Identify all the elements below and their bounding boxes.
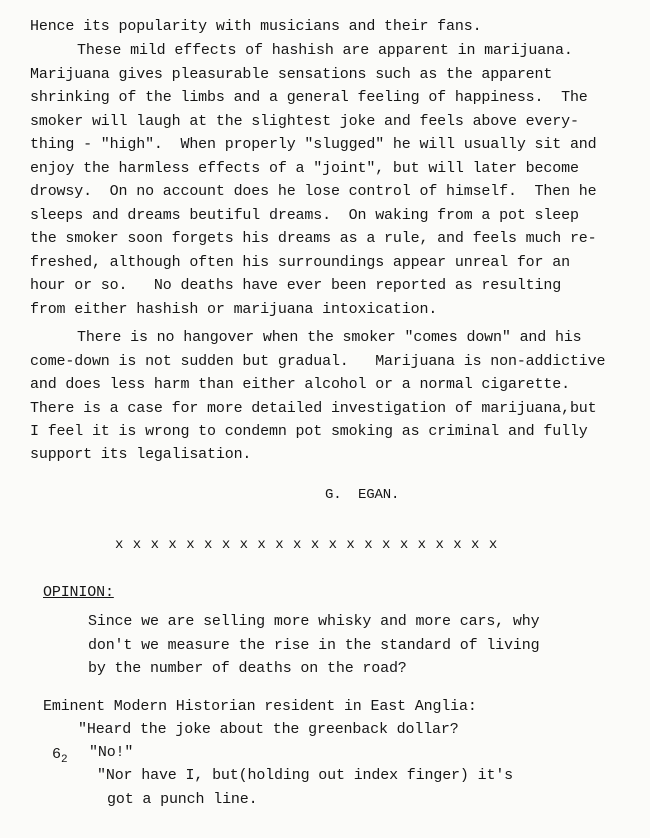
text-line: from either hashish or marijuana intoxic… [30, 301, 437, 318]
separator-row: x x x x x x x x x x x x x x x x x x x x … [115, 537, 498, 553]
text-line: There is a case for more detailed invest… [30, 400, 597, 417]
text-line: the smoker soon forgets his dreams as a … [30, 230, 597, 247]
text-line: thing - "high". When properly "slugged" … [30, 136, 597, 153]
quote-line: by the number of deaths on the road? [88, 660, 407, 677]
text-line: Hence its popularity with musicians and … [30, 18, 481, 35]
author-signature: G. EGAN. [325, 487, 399, 503]
quote-line: don't we measure the rise in the standar… [88, 637, 539, 654]
text-line: smoker will laugh at the slightest joke … [30, 113, 579, 130]
dialogue-line: "Nor have I, but(holding out index finge… [97, 767, 513, 784]
text-line: These mild effects of hashish are appare… [77, 42, 573, 59]
text-line: freshed, although often his surroundings… [30, 254, 570, 271]
page-number-main: 6 [52, 746, 61, 763]
opinion-heading: OPINION: [43, 584, 114, 601]
dialogue-line: "No!" [89, 744, 133, 761]
historian-intro: Eminent Modern Historian resident in Eas… [43, 698, 477, 715]
text-line: shrinking of the limbs and a general fee… [30, 89, 588, 106]
text-line: and does less harm than either alcohol o… [30, 376, 570, 393]
text-line: drowsy. On no account does he lose contr… [30, 183, 597, 200]
text-line: There is no hangover when the smoker "co… [77, 329, 582, 346]
text-line: come-down is not sudden but gradual. Mar… [30, 353, 605, 370]
page-number-sub: 2 [61, 754, 68, 766]
typewritten-page: Hence its popularity with musicians and … [0, 0, 650, 838]
text-line: hour or so. No deaths have ever been rep… [30, 277, 561, 294]
quote-line: Since we are selling more whisky and mor… [88, 613, 539, 630]
text-line: I feel it is wrong to condemn pot smokin… [30, 423, 588, 440]
text-line: support its legalisation. [30, 446, 251, 463]
text-line: sleeps and dreams beutiful dreams. On wa… [30, 207, 579, 224]
dialogue-line: got a punch line. [107, 791, 257, 808]
page-number: 62 [52, 746, 68, 766]
text-line: Marijuana gives pleasurable sensations s… [30, 66, 552, 83]
text-line: enjoy the harmless effects of a "joint",… [30, 160, 579, 177]
dialogue-line: "Heard the joke about the greenback doll… [78, 721, 459, 738]
